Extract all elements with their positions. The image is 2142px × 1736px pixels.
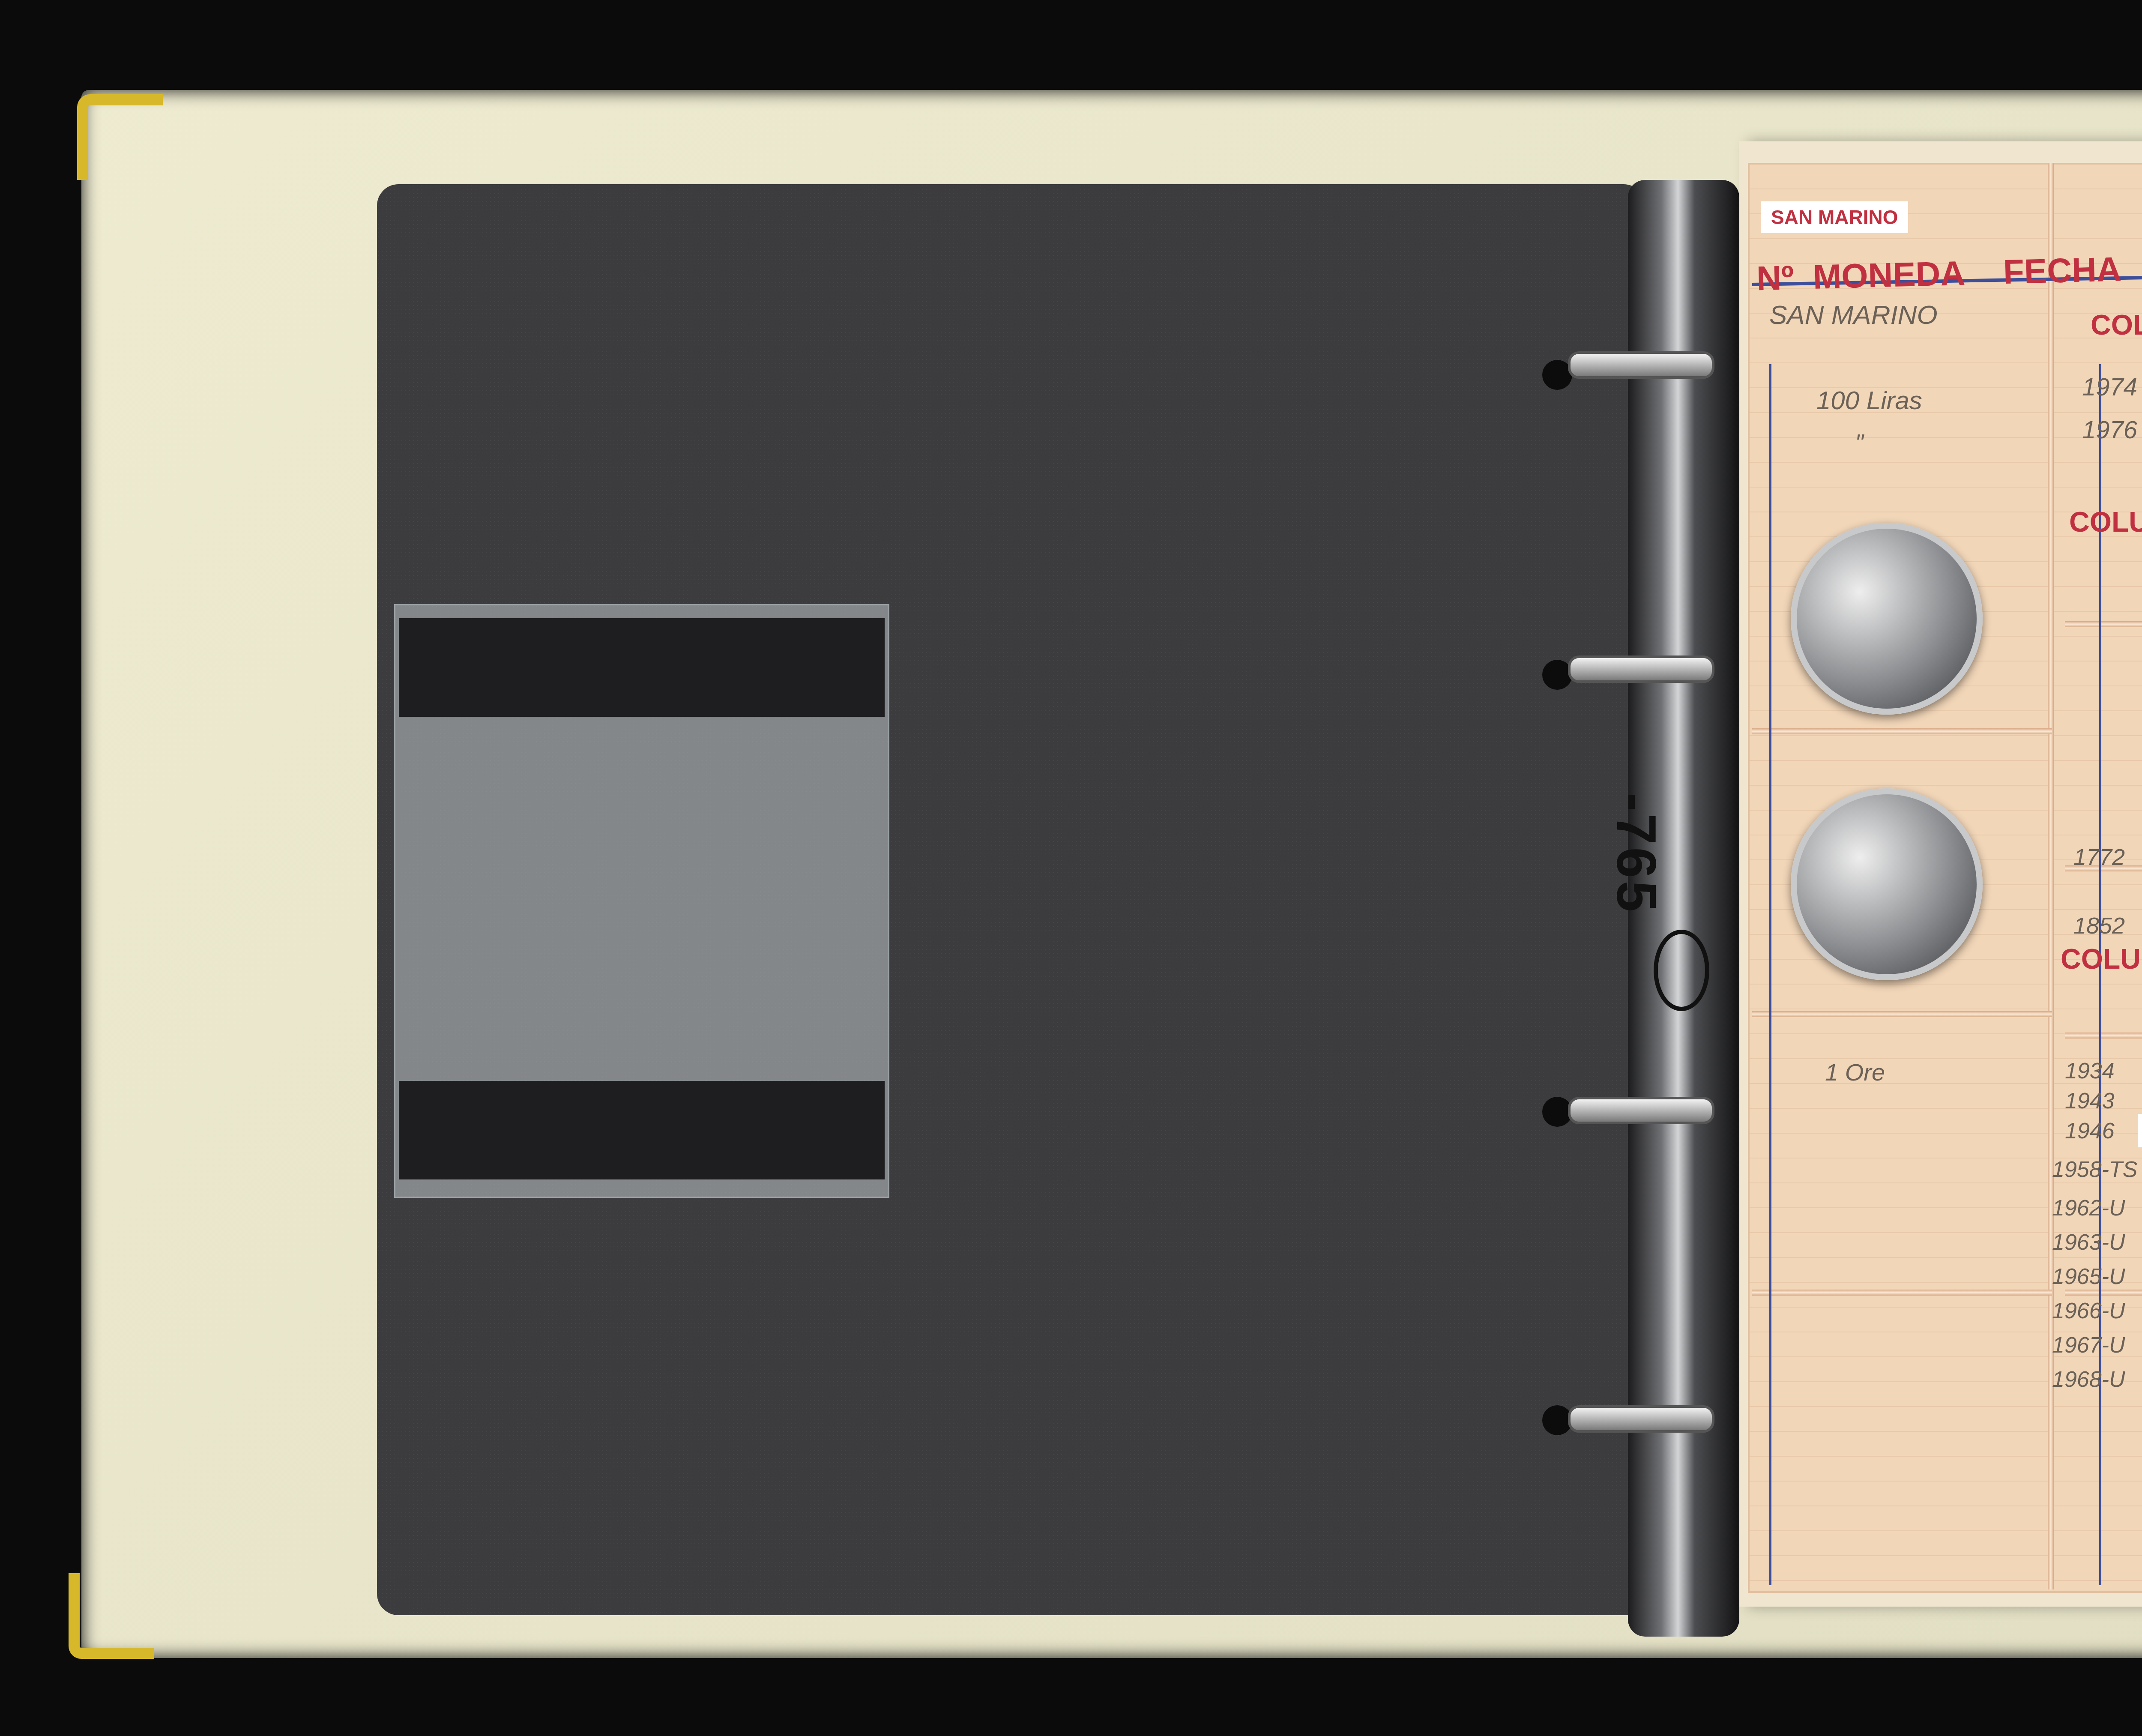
binder-ring[interactable] [1568, 351, 1714, 379]
cell-fecha: 1852 [2073, 913, 2125, 939]
section-san-marino: SAN MARINO [1769, 300, 1938, 330]
country-tag-suecia: SUECIA [2138, 1114, 2142, 1147]
gold-corner-bottom-left [69, 1573, 154, 1659]
binder-ring[interactable] [1568, 1097, 1714, 1124]
cell-fecha: 1967-U [2052, 1332, 2125, 1358]
cell-fecha: 1976 [2082, 416, 2137, 444]
pocket-band-top [399, 618, 885, 717]
cell-moneda: " [1855, 428, 1864, 456]
cell-fecha: 1968-U [2052, 1367, 2125, 1392]
pocket-row-divider [2065, 621, 2142, 627]
pocket-row-divider [1752, 728, 2052, 734]
cell-fecha: 1966-U [2052, 1298, 2125, 1324]
cell-moneda: 1 Ore [1825, 1058, 1885, 1086]
cell-fecha: 1934 [2065, 1058, 2115, 1084]
header-moneda: MONEDA [1813, 254, 1966, 296]
cell-fecha: 1946 [2065, 1118, 2115, 1144]
cell-fecha: 1943 [2065, 1088, 2115, 1114]
gold-corner-top-left [77, 94, 163, 180]
binder-ring[interactable] [1568, 655, 1714, 683]
section-columnas-2-3: COLUMNAS 2ª Y 3ª [2069, 506, 2142, 538]
cell-moneda: 100 Liras [1816, 386, 1922, 415]
section-columna-1: COLUMNA 1ª [2091, 308, 2142, 341]
header-no: Nº [1756, 258, 1794, 297]
binder-ring[interactable] [1568, 1405, 1714, 1433]
spine-logo-icon [1654, 930, 1709, 1011]
cell-fecha: 1962-U [2052, 1195, 2125, 1221]
pocket-row-divider [1752, 1290, 2052, 1296]
cell-fecha: 1963-U [2052, 1230, 2125, 1255]
margin-rule [1769, 364, 1771, 1585]
cell-fecha: 1772 [2073, 844, 2125, 871]
coin-san-marino-1974[interactable] [1791, 523, 1983, 715]
clear-pocket [394, 604, 889, 1198]
coin-san-marino-1976[interactable] [1791, 788, 1983, 980]
cell-fecha: 1974 [2082, 373, 2137, 401]
cell-fecha: 1958-TS [2052, 1157, 2137, 1182]
pocket-band-bottom [399, 1081, 885, 1179]
section-columnas-4-5: COLUMNAS 4ª Y 5ª [2061, 943, 2142, 975]
spine-emboss-number: -765 [1604, 793, 1669, 914]
header-fecha: FECHA [2003, 250, 2122, 291]
cell-fecha: 1965-U [2052, 1264, 2125, 1290]
country-tag-san-marino: SAN MARINO [1761, 201, 1908, 233]
pocket-row-divider [2065, 1290, 2142, 1296]
pocket-row-divider [1752, 1011, 2052, 1017]
pocket-row-divider [2065, 1033, 2142, 1039]
